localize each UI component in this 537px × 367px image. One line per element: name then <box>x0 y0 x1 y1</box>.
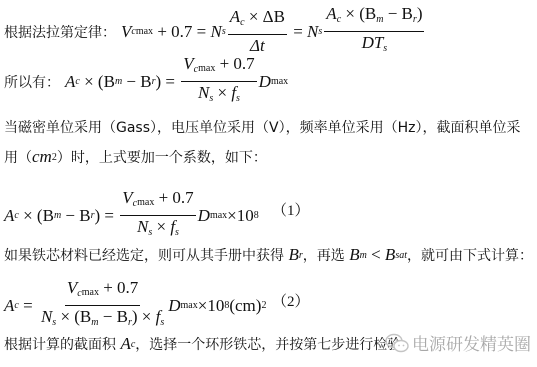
units-paragraph-line-1: 当磁密单位采用（Gass），电压单位采用（V），频率单位采用（Hz），截面积单位… <box>4 117 520 137</box>
equation-number-1: （1） <box>272 199 310 220</box>
material-paragraph: 如果铁芯材料已经选定，则可从其手册中获得 Br ，再选 Bm < Bsat ，就… <box>4 245 533 265</box>
watermark-text: 电源研发精英圈 <box>412 330 531 355</box>
fraction-v-over-nf: Vcmax + 0.7 Ns × fs <box>181 54 256 109</box>
equation-2: Ac = Vcmax + 0.7 Ns × (Bm − Br) × fs Dma… <box>4 278 266 333</box>
fraction-dts: Ac × (Bm − Br) DTs <box>324 4 424 59</box>
equation-1: Ac × (Bm − Br ) = Vcmax + 0.7 Ns × fs Dm… <box>4 188 259 243</box>
wechat-icon <box>384 332 410 354</box>
v-symbol: V <box>121 22 131 42</box>
fraction-eq1: Vcmax + 0.7 Ns × fs <box>120 188 195 243</box>
fraction-delta: Ac × ΔB Δt <box>228 7 287 57</box>
watermark: 电源研发精英圈 <box>384 330 531 355</box>
so-label: 所以有： <box>4 72 60 92</box>
units-paragraph-line-2: 用（ cm2 ）时，上式要加一个系数，如下： <box>4 147 267 167</box>
faraday-law-line: 根据法拉第定律： Vcmax + 0.7 = Ns Ac × ΔB Δt = N… <box>4 4 426 59</box>
derived-equation-line: 所以有： Ac × (Bm − Br ) = Vcmax + 0.7 Ns × … <box>4 54 288 109</box>
faraday-label: 根据法拉第定律： <box>4 22 116 42</box>
conclusion-paragraph: 根据计算的截面积 Ac ，选择一个环形铁芯，并按第七步进行检验。 <box>4 334 415 354</box>
fraction-eq2: Vcmax + 0.7 Ns × (Bm − Br) × fs <box>39 278 166 333</box>
equation-number-2: （2） <box>272 290 310 311</box>
